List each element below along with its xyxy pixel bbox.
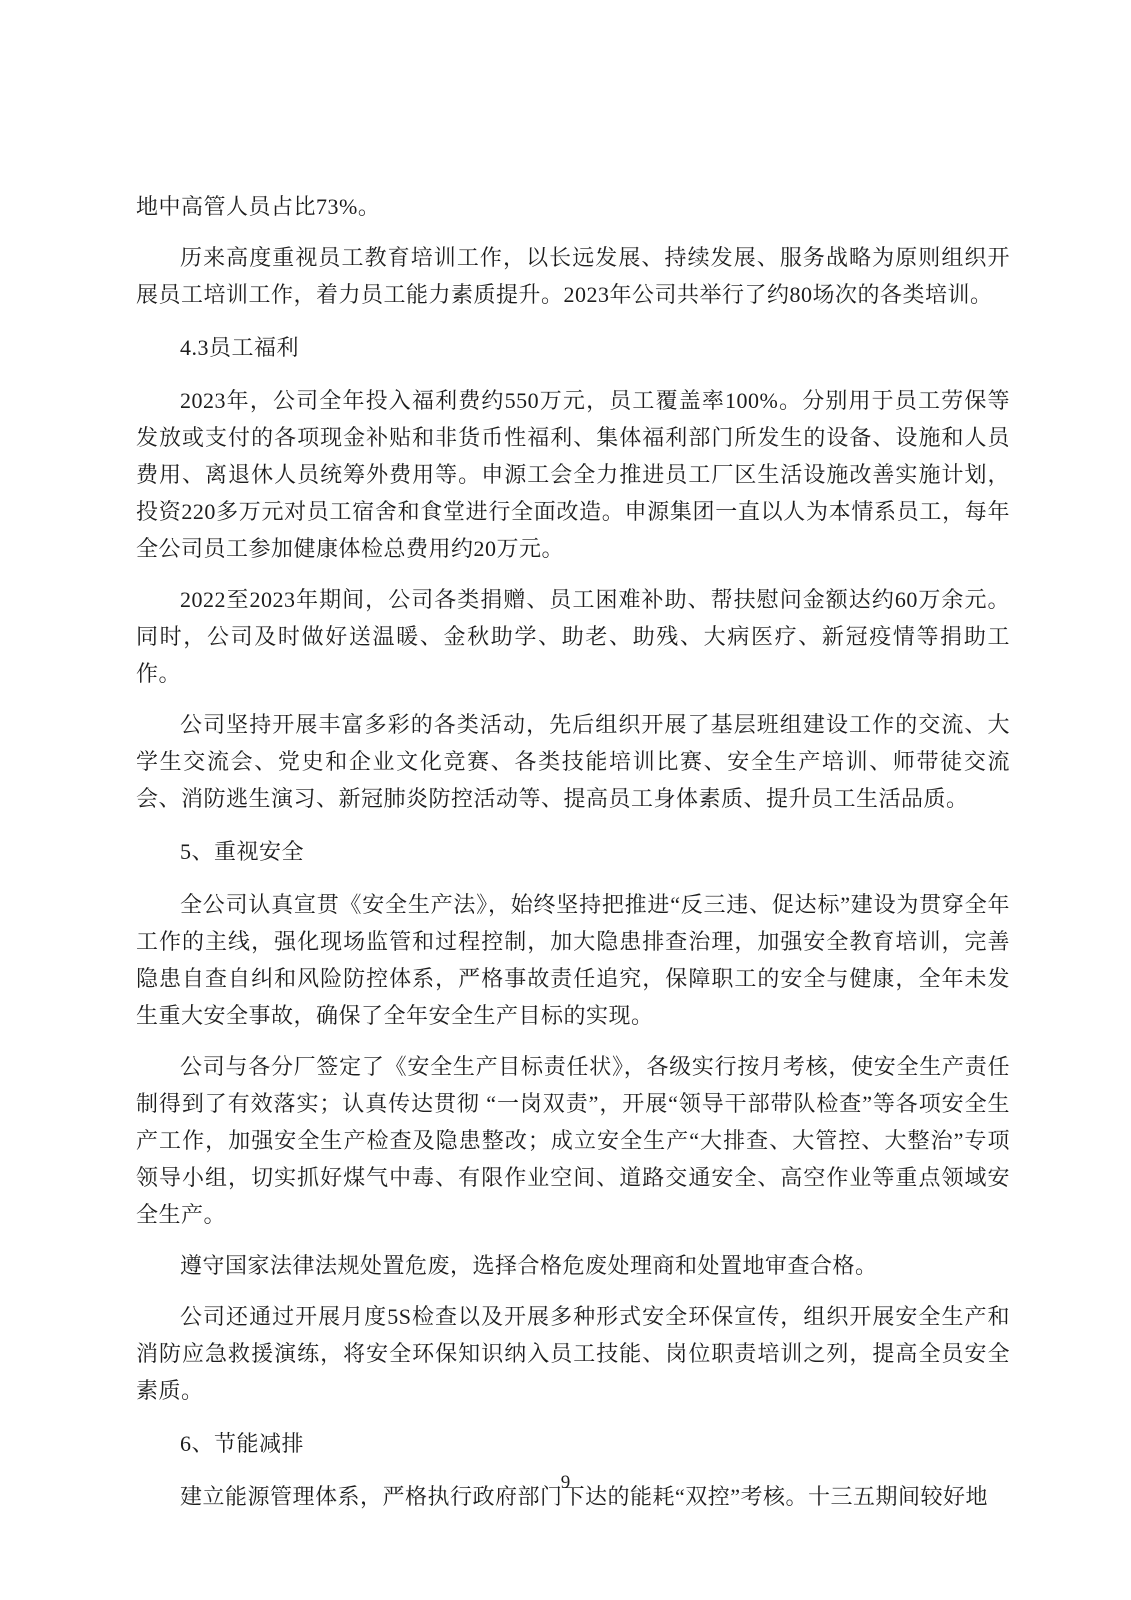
section-heading-5: 5、重视安全 [136, 833, 1010, 870]
section-heading-6: 6、节能减排 [136, 1425, 1010, 1462]
page-number: 9 [561, 1472, 571, 1493]
paragraph: 全公司认真宣贯《安全生产法》，始终坚持把推进“反三违、促达标”建设为贯穿全年工作… [136, 886, 1010, 1034]
paragraph: 2023年，公司全年投入福利费约550万元，员工覆盖率100%。分别用于员工劳保… [136, 382, 1010, 567]
section-heading-4-3: 4.3员工福利 [136, 329, 1010, 366]
paragraph: 公司还通过开展月度5S检查以及开展多种形式安全环保宣传，组织开展安全生产和消防应… [136, 1298, 1010, 1409]
paragraph: 公司坚持开展丰富多彩的各类活动，先后组织开展了基层班组建设工作的交流、大学生交流… [136, 706, 1010, 817]
paragraph: 遵守国家法律法规处置危废，选择合格危废处理商和处置地审查合格。 [136, 1247, 1010, 1284]
document-page: 地中高管人员占比73%。 历来高度重视员工教育培训工作，以长远发展、持续发展、服… [0, 0, 1131, 1600]
paragraph: 历来高度重视员工教育培训工作，以长远发展、持续发展、服务战略为原则组织开展员工培… [136, 239, 1010, 313]
page-footer: 9 [0, 1472, 1131, 1494]
paragraph: 公司与各分厂签定了《安全生产目标责任状》，各级实行按月考核，使安全生产责任制得到… [136, 1048, 1010, 1233]
page-content: 地中高管人员占比73%。 历来高度重视员工教育培训工作，以长远发展、持续发展、服… [136, 188, 1010, 1529]
paragraph: 2022至2023年期间，公司各类捐赠、员工困难补助、帮扶慰问金额达约60万余元… [136, 581, 1010, 692]
paragraph-continuation: 地中高管人员占比73%。 [136, 188, 1010, 225]
